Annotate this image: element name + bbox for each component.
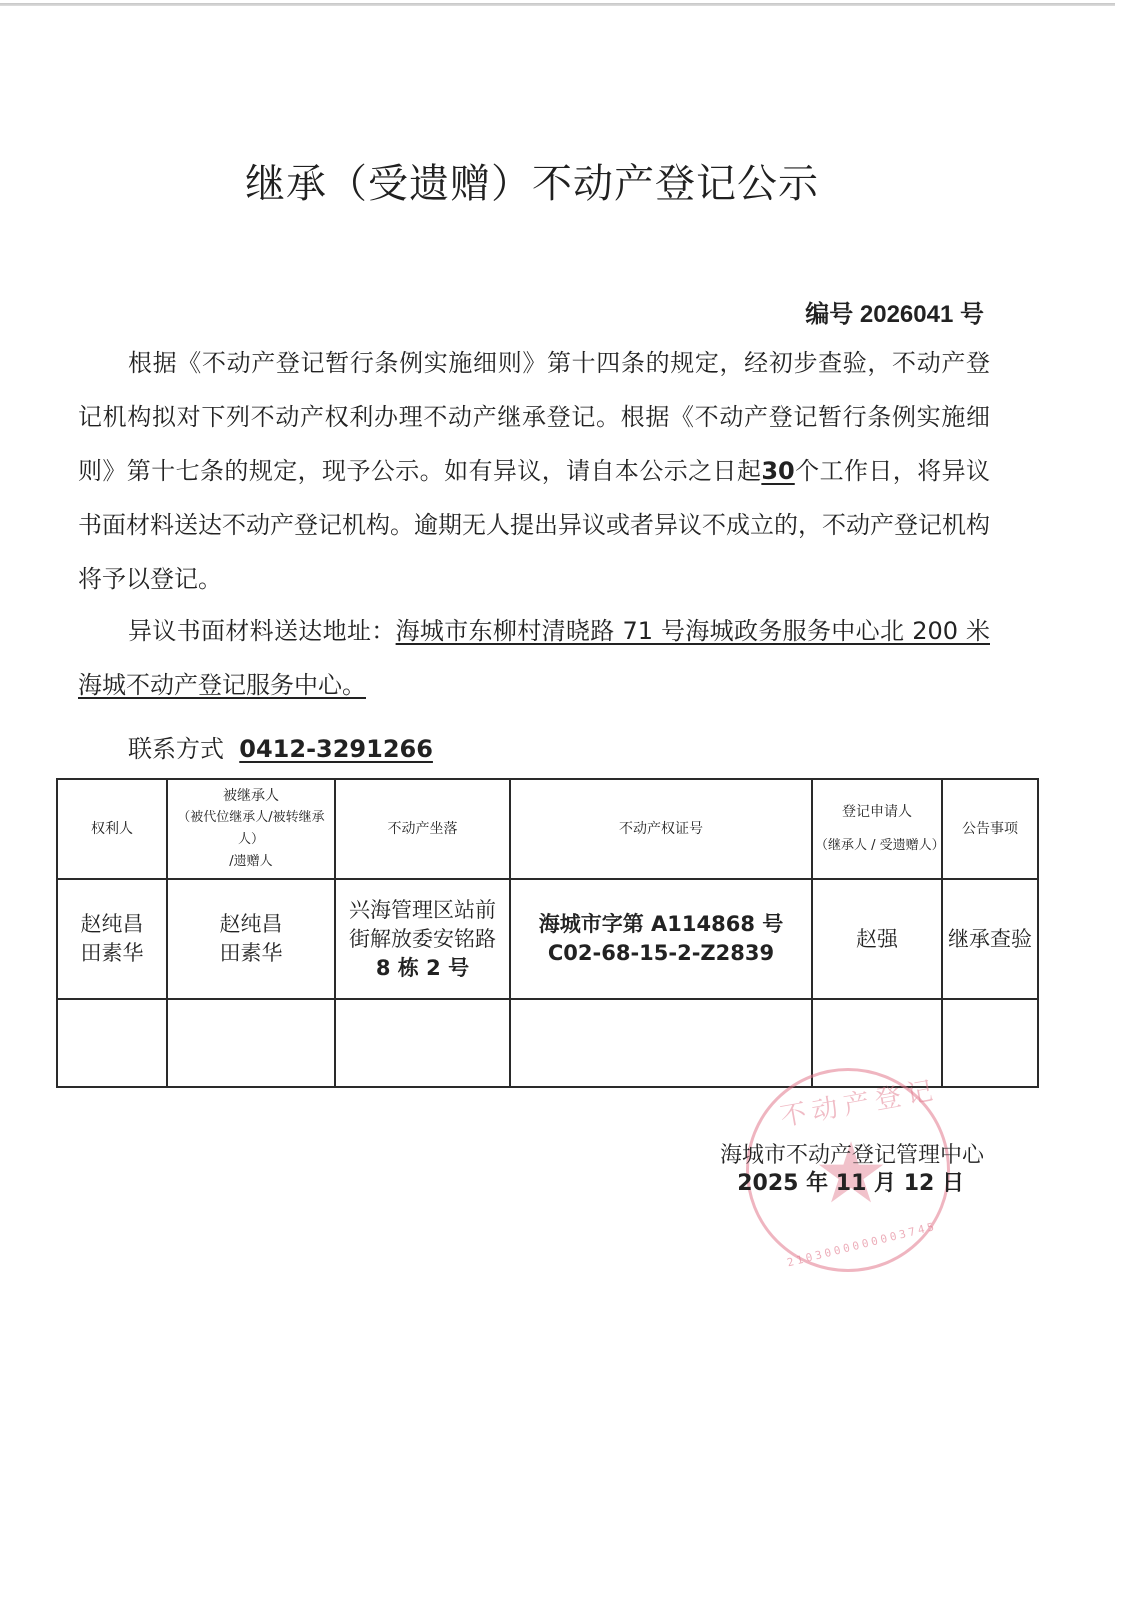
certificate-code: C02-68-15-2-Z2839	[513, 939, 809, 968]
location-line: 街解放委安铭路	[338, 925, 507, 954]
header-applicant: 登记申请人 （继承人 / 受遗赠人）	[812, 779, 942, 879]
decedent-name: 田素华	[170, 939, 332, 968]
cell-empty	[510, 999, 812, 1087]
header-decedent: 被继承人 （被代位继承人/被转继承人） /遗赠人	[167, 779, 335, 879]
objection-days: 30	[761, 457, 794, 485]
address-label: 异议书面材料送达地址：	[128, 617, 396, 645]
contact-label: 联系方式	[128, 735, 224, 763]
rights-holder-name: 田素华	[60, 939, 164, 968]
location-line: 8 栋 2 号	[338, 954, 507, 983]
decedent-name: 赵纯昌	[170, 910, 332, 939]
header-decedent-line3: /遗赠人	[170, 851, 332, 873]
cell-decedent: 赵纯昌 田素华	[167, 879, 335, 999]
location-line: 兴海管理区站前	[338, 896, 507, 925]
address-paragraph: 异议书面材料送达地址：海城市东柳村清晓路 71 号海城政务服务中心北 200 米…	[78, 604, 990, 712]
rights-holder-name: 赵纯昌	[60, 910, 164, 939]
cell-empty	[167, 999, 335, 1087]
header-applicant-line1: 登记申请人	[815, 801, 939, 823]
document-number: 编号 2026041 号	[805, 294, 984, 329]
issue-date: 2025 年 11 月 12 日	[737, 1166, 964, 1197]
cell-rights-holder: 赵纯昌 田素华	[57, 879, 167, 999]
table-row: 赵纯昌 田素华 赵纯昌 田素华 兴海管理区站前 街解放委安铭路 8 栋 2 号 …	[57, 879, 1038, 999]
contact-line: 联系方式 0412-3291266	[78, 722, 1040, 776]
seal-code: 2103000000003745	[786, 1220, 939, 1270]
scan-edge	[0, 3, 1115, 6]
cell-certificate: 海城市字第 A114868 号 C02-68-15-2-Z2839	[510, 879, 812, 999]
header-certificate: 不动产权证号	[510, 779, 812, 879]
issuer-name: 海城市不动产登记管理中心	[720, 1138, 984, 1169]
document-title: 继承（受遗赠）不动产登记公示	[0, 152, 1064, 209]
cell-empty	[942, 999, 1038, 1087]
cell-matter: 继承查验	[942, 879, 1038, 999]
header-applicant-line2: （继承人 / 受遗赠人）	[815, 835, 939, 857]
cell-empty	[57, 999, 167, 1087]
table-row-empty	[57, 999, 1038, 1087]
header-location: 不动产坐落	[335, 779, 510, 879]
table-header-row: 权利人 被继承人 （被代位继承人/被转继承人） /遗赠人 不动产坐落 不动产权证…	[57, 779, 1038, 879]
cell-location: 兴海管理区站前 街解放委安铭路 8 栋 2 号	[335, 879, 510, 999]
header-decedent-line1: 被继承人	[170, 785, 332, 807]
notice-paragraph: 根据《不动产登记暂行条例实施细则》第十四条的规定，经初步查验，不动产登记机构拟对…	[78, 336, 990, 606]
header-decedent-line2: （被代位继承人/被转继承人）	[170, 807, 332, 851]
header-rights-holder: 权利人	[57, 779, 167, 879]
cell-empty	[335, 999, 510, 1087]
certificate-number: 海城市字第 A114868 号	[513, 910, 809, 939]
contact-phone: 0412-3291266	[239, 735, 433, 763]
cell-applicant: 赵强	[812, 879, 942, 999]
registration-table: 权利人 被继承人 （被代位继承人/被转继承人） /遗赠人 不动产坐落 不动产权证…	[56, 778, 1039, 1088]
header-matter: 公告事项	[942, 779, 1038, 879]
